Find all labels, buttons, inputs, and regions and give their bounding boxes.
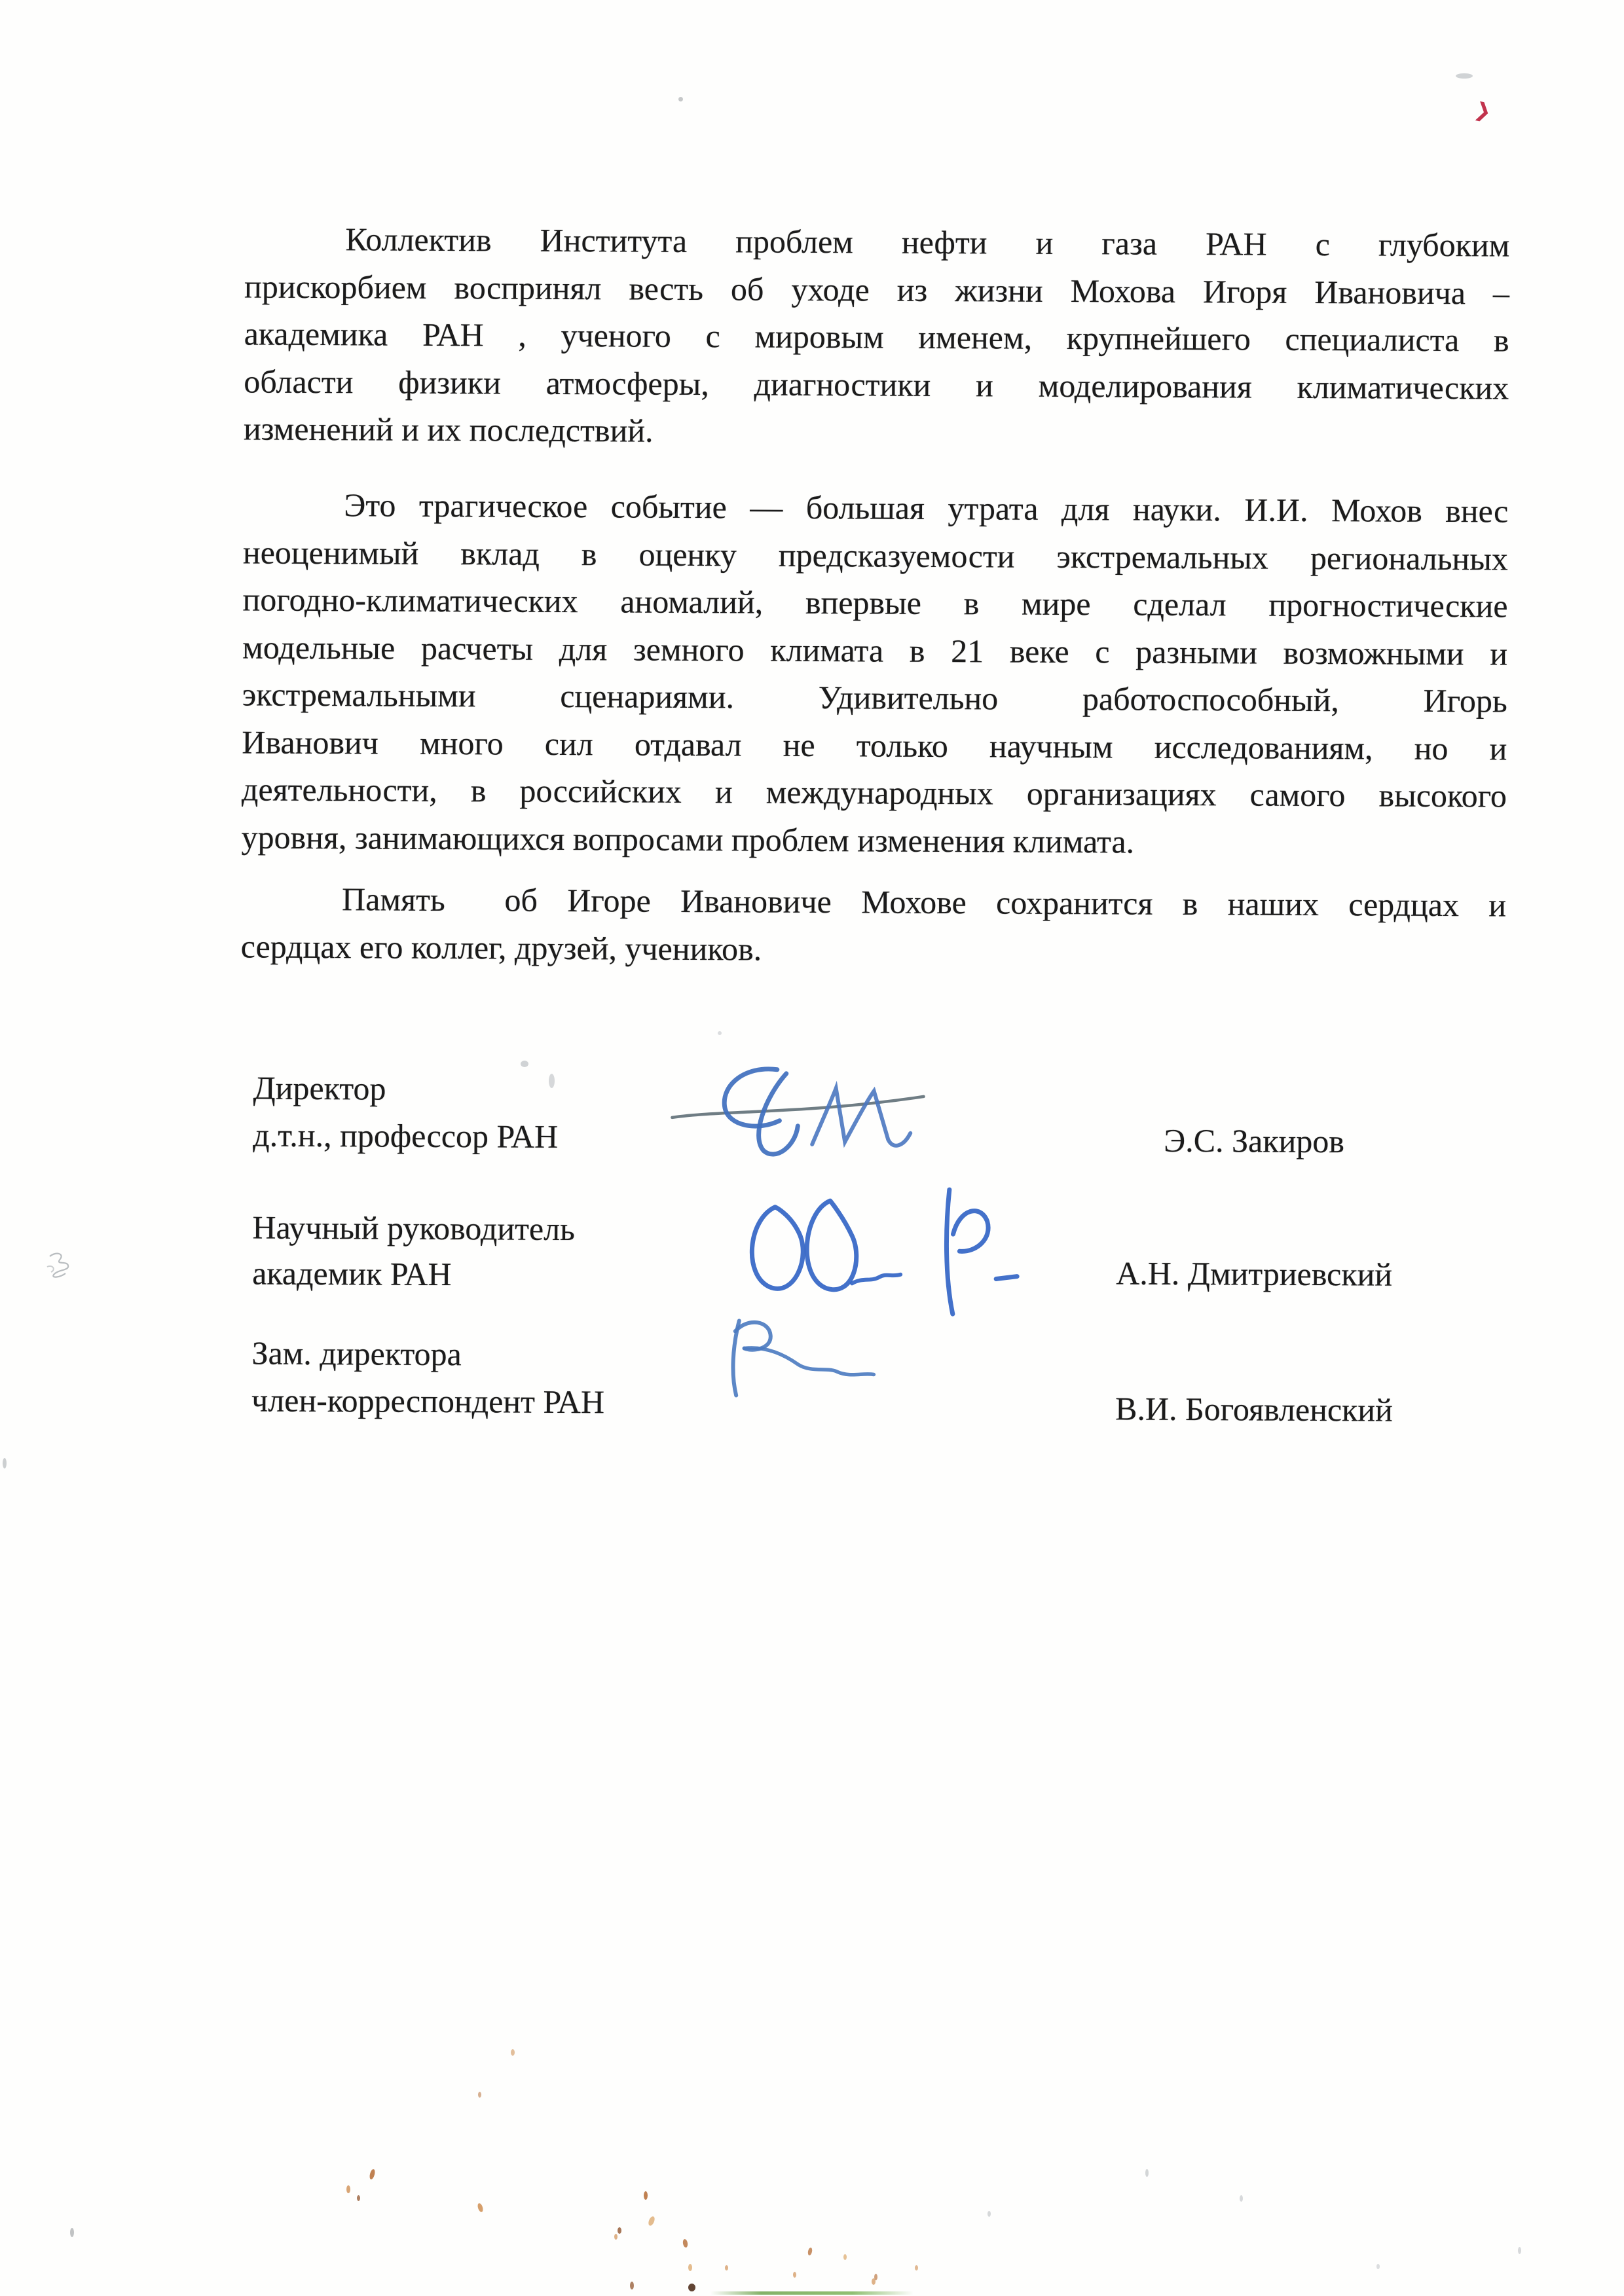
dmitrievsky-signature (731, 1178, 1033, 1320)
scan-speck (1376, 2264, 1380, 2269)
scan-speck (1240, 2195, 1243, 2202)
scan-speck (521, 1061, 528, 1067)
scan-speck (346, 2185, 350, 2193)
role-supervisor-line2: академик РАН (252, 1250, 452, 1298)
scan-speck (688, 2264, 692, 2271)
scan-speck (718, 1031, 722, 1035)
scan-speck (987, 2211, 991, 2217)
scan-speck (70, 2228, 74, 2237)
scan-speck (644, 2191, 648, 2200)
name-zakirov: Э.С. Закиров (1164, 1121, 1344, 1160)
scan-speck (843, 2254, 847, 2260)
name-dmitrievsky: А.Н. Дмитриевский (1116, 1254, 1392, 1293)
scan-speck (614, 2234, 618, 2240)
scan-speck (549, 1074, 555, 1088)
scan-speck (511, 2049, 515, 2056)
zakirov-signature (667, 1061, 929, 1164)
scan-speck (357, 2195, 360, 2201)
signature-block: Директор д.т.н., профессор РАН Э.С. Заки… (0, 0, 1624, 2296)
role-deputy-line2: член-корреспондент РАН (251, 1377, 604, 1426)
scan-speck (915, 2265, 918, 2270)
scan-speck (678, 97, 683, 101)
scan-content: Коллектив Института проблем нефти и газа… (0, 0, 1624, 2296)
scan-speck (618, 2227, 621, 2234)
name-bogoyavlensky: В.И. Богоявленский (1115, 1389, 1393, 1429)
role-deputy-line1: Зам. директора (251, 1330, 462, 1378)
scan-speck (1145, 2169, 1149, 2177)
role-director-line2: д.т.н., профессор РАН (253, 1112, 558, 1160)
scan-speck (874, 2274, 877, 2280)
bogoyavlensky-signature (711, 1309, 895, 1401)
scan-speck (630, 2282, 634, 2289)
scan-speck (3, 1458, 7, 1468)
scan-speck (725, 2265, 728, 2270)
role-supervisor-line1: Научный руководитель (252, 1204, 575, 1253)
role-director-line1: Директор (253, 1065, 386, 1112)
scan-speck (1518, 2247, 1521, 2254)
scanner-edge-artifact (710, 2291, 913, 2295)
scan-speck (478, 2092, 481, 2098)
pencil-smudge-artifact (41, 1247, 77, 1286)
scan-speck (1456, 73, 1473, 79)
scan-speck (793, 2272, 796, 2278)
scanned-letter-page: Коллектив Института проблем нефти и газа… (0, 0, 1624, 2296)
scan-speck (688, 2284, 695, 2291)
